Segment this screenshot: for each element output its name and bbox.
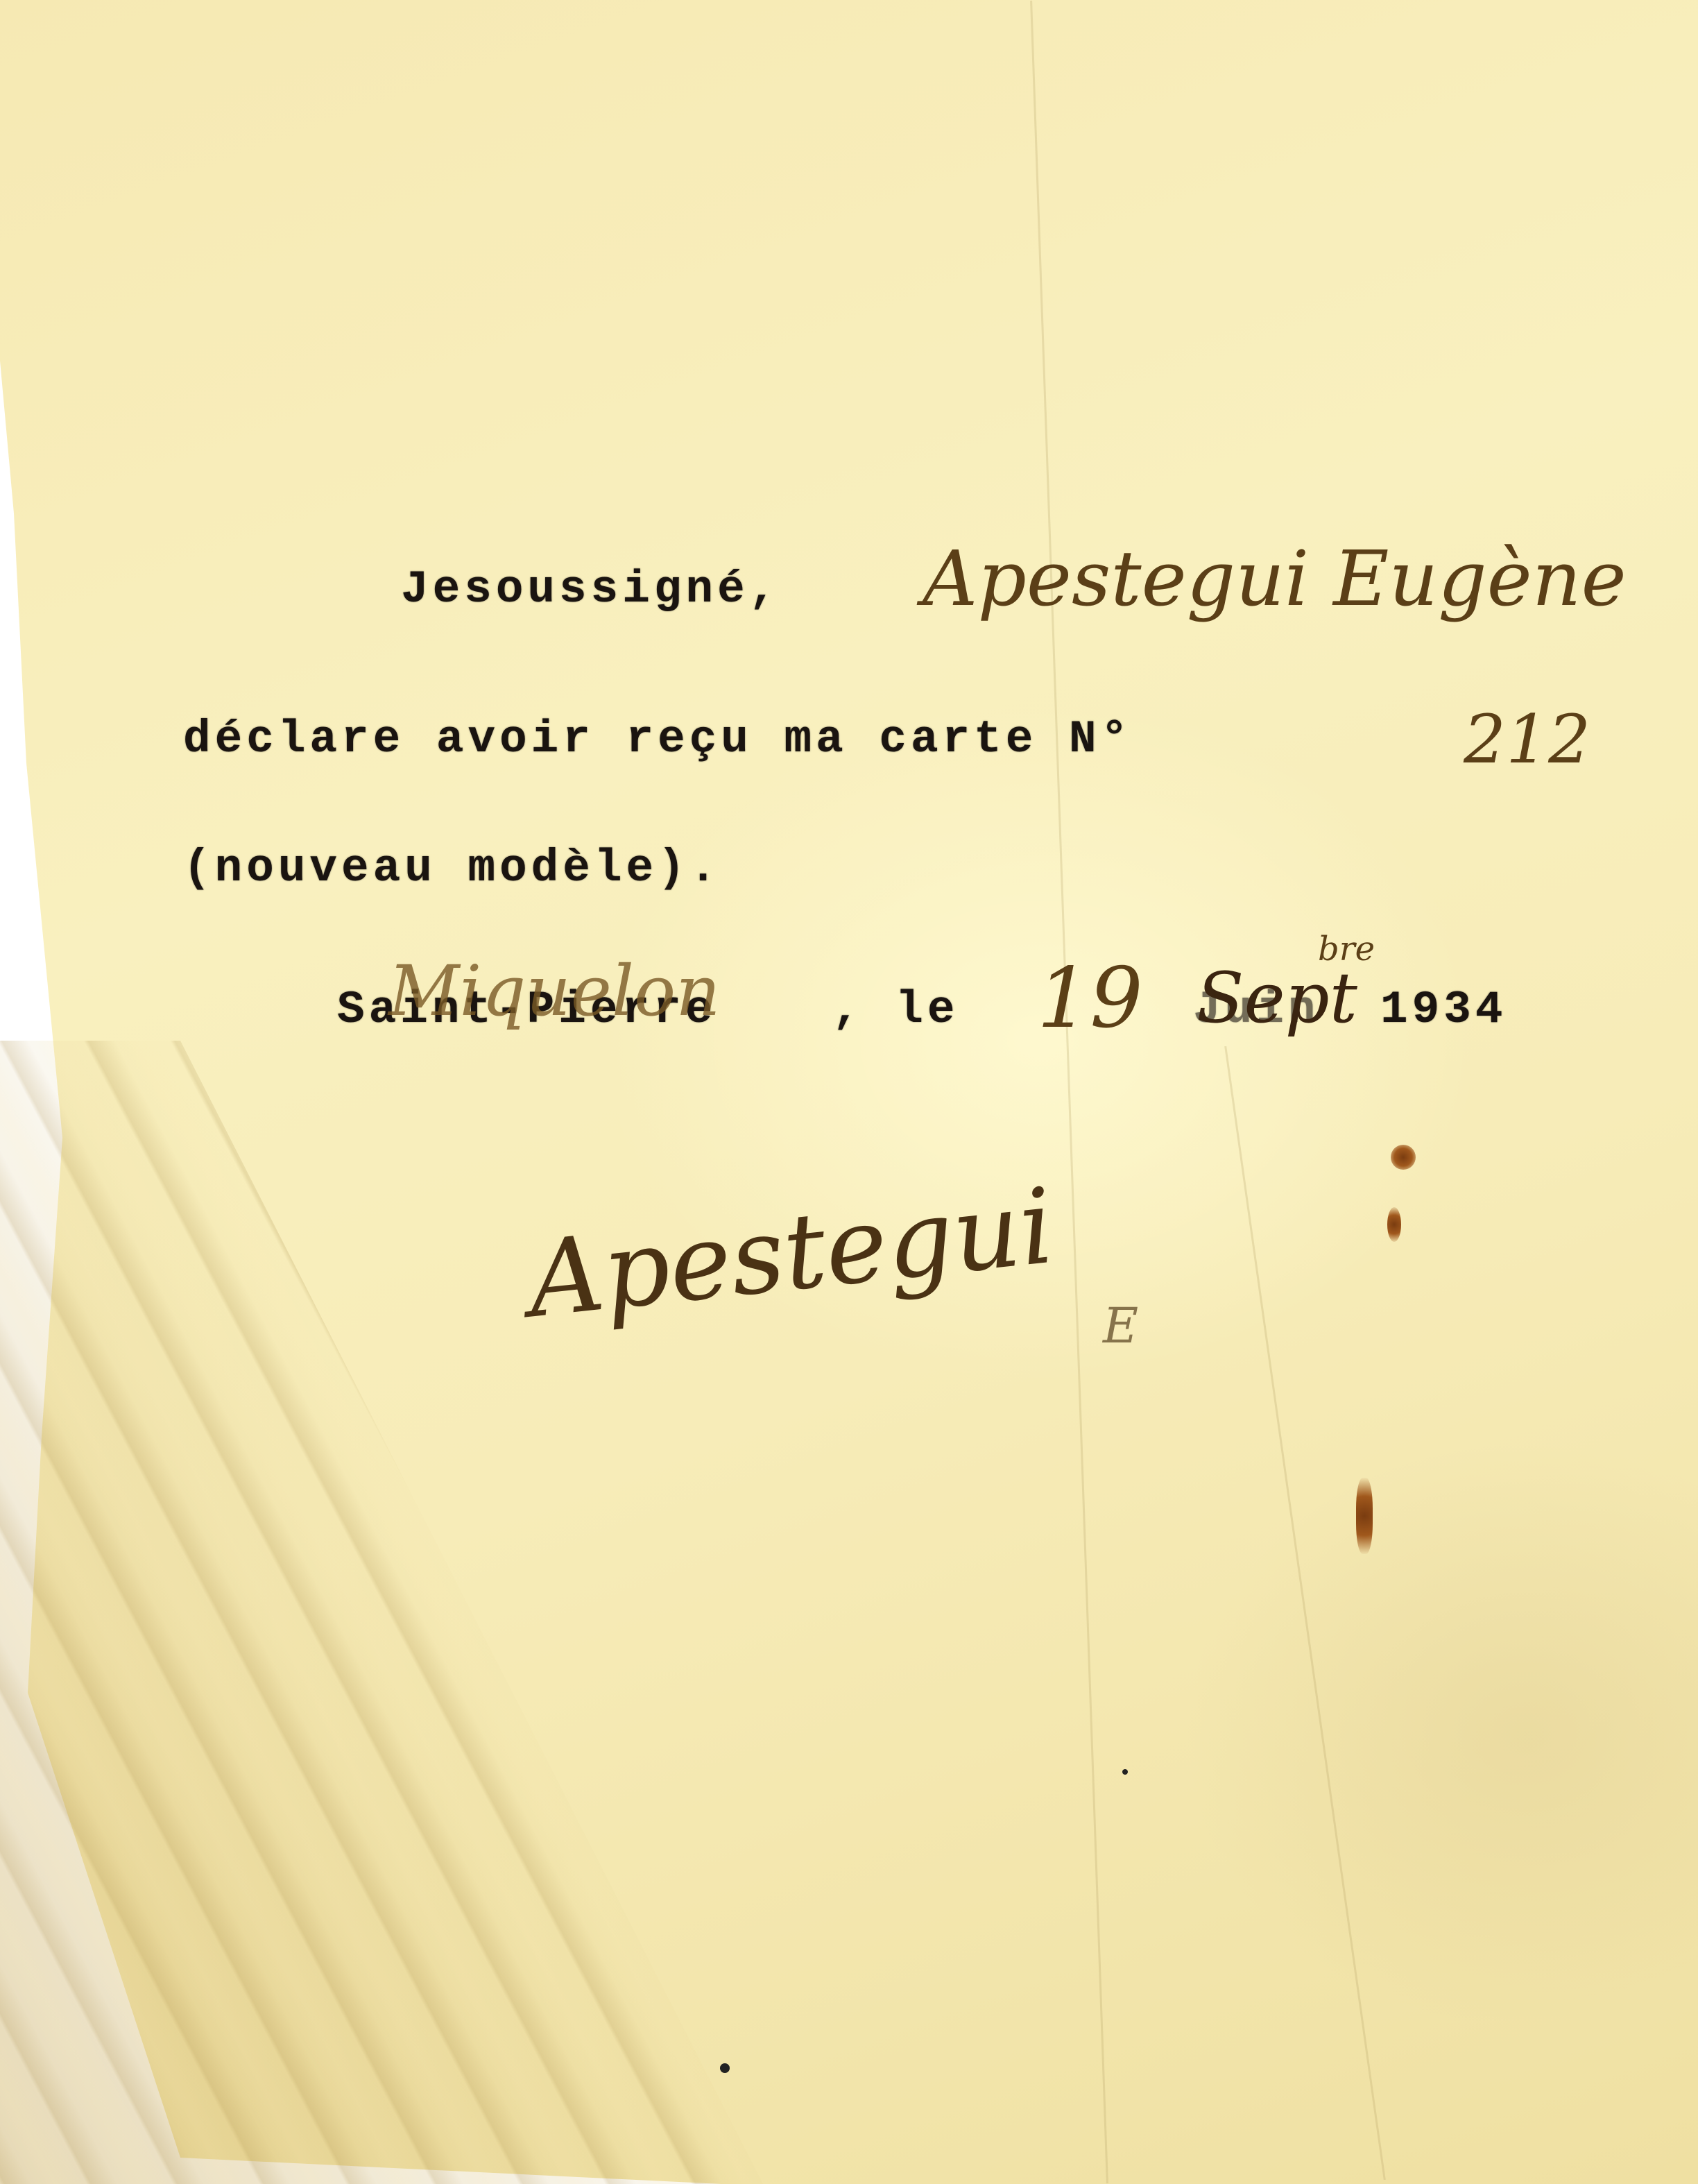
- ink-dot: [1122, 1769, 1128, 1775]
- typed-le: , le: [832, 984, 959, 1036]
- rust-stain: [1387, 1207, 1401, 1242]
- typed-year: 1934: [1380, 984, 1507, 1036]
- handwritten-month: Sept: [1197, 957, 1357, 1039]
- document-paper: [0, 0, 1698, 2184]
- rust-stain: [1356, 1478, 1373, 1554]
- typed-jesoussigne: Jesoussigné,: [401, 563, 780, 615]
- typed-nouveau-modele: (nouveau modèle).: [183, 842, 721, 894]
- handwritten-card-number: 212: [1464, 701, 1590, 778]
- handwritten-month-superscript: bre: [1318, 930, 1375, 969]
- rust-stain: [1391, 1145, 1416, 1170]
- handwritten-day: 19: [1037, 950, 1143, 1047]
- signature-mark: E: [1103, 1297, 1138, 1354]
- handwritten-declarant-name: Apestegui Eugène: [923, 534, 1627, 623]
- typed-declaration-text: déclare avoir reçu ma carte N°: [183, 713, 1132, 765]
- handwritten-place-miquelon: Miquelon: [388, 950, 721, 1032]
- ink-dot: [720, 2063, 730, 2073]
